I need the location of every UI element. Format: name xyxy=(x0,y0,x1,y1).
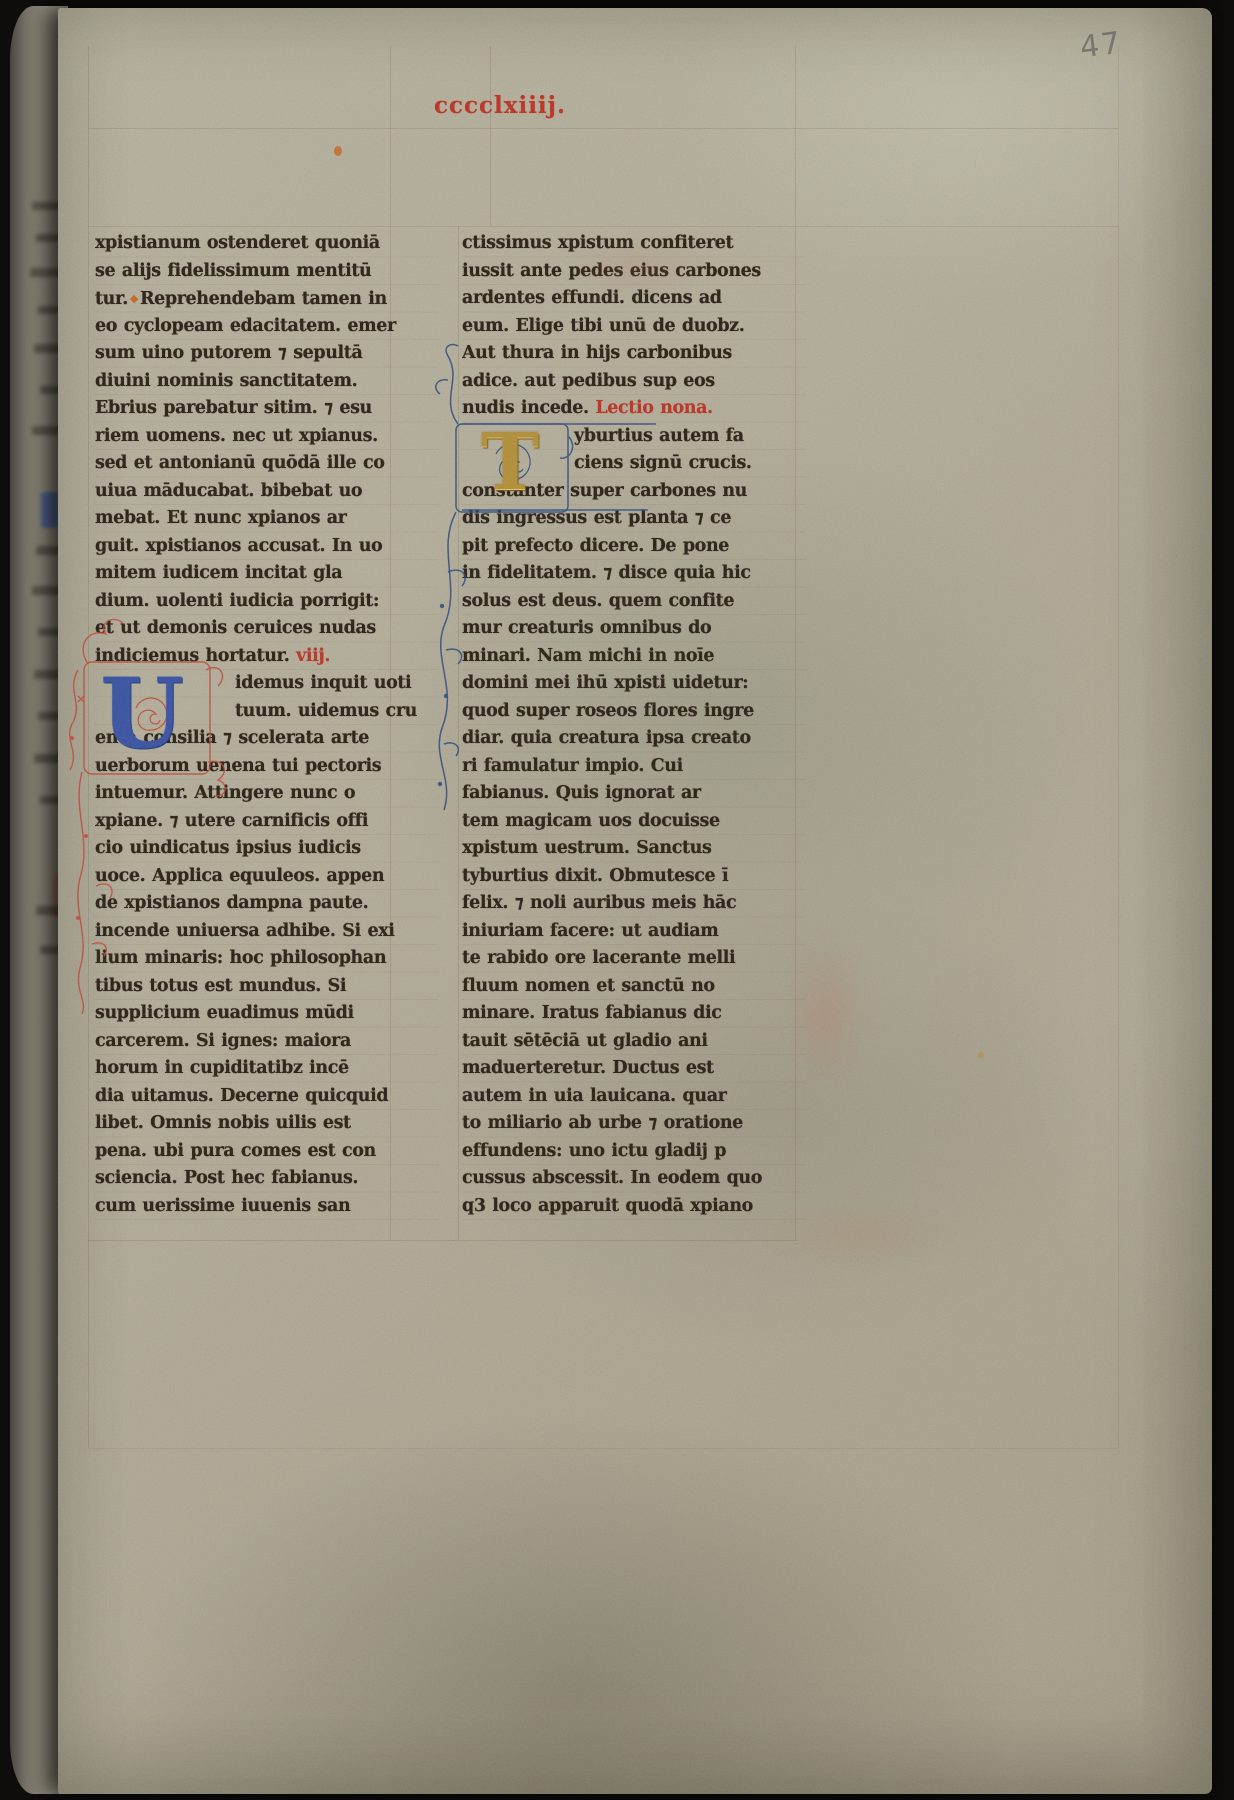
body-text: diar. quia creatura ipsa creato xyxy=(462,728,751,748)
body-text: tibus totus est mundus. Si xyxy=(95,976,346,996)
text-line: cum uerissime iuuenis san xyxy=(95,1193,439,1221)
body-text: tyburtius dixit. Obmutesce ī xyxy=(462,866,728,886)
body-text: mur creaturis omnibus do xyxy=(462,618,711,638)
body-text: Aut thura in hijs carbonibus xyxy=(462,343,732,363)
page-heading-roman-numeral: cccclxiiij. xyxy=(400,92,600,119)
body-text: tur. xyxy=(95,289,128,309)
text-line: riem uomens. nec ut xpianus. xyxy=(95,423,439,451)
text-line: diuini nominis sanctitatem. xyxy=(95,368,439,396)
body-text: se alijs fidelissimum mentitū xyxy=(95,261,371,281)
text-line: quod super roseos flores ingre xyxy=(462,698,806,726)
text-line: iussit ante pedes eius carbones xyxy=(462,258,806,286)
body-text: incende uniuersa adhibe. Si exi xyxy=(95,921,395,941)
text-line: dis ingressus est planta ⁊ ce xyxy=(462,505,806,533)
text-line: dia uitamus. Decerne quicquid xyxy=(95,1083,439,1111)
text-line: xpistianum ostenderet quoniā xyxy=(95,230,439,258)
body-text: mebat. Et nunc xpianos ar xyxy=(95,508,346,528)
text-line: diar. quia creatura ipsa creato xyxy=(462,725,806,753)
text-line: eum. Elige tibi unū de duobz. xyxy=(462,313,806,341)
body-text: sciencia. Post hec fabianus. xyxy=(95,1168,358,1188)
body-text: xpistianum ostenderet quoniā xyxy=(95,233,380,253)
ruling-line xyxy=(88,226,1118,227)
body-text: cum uerissime iuuenis san xyxy=(95,1196,350,1216)
body-text: tem magicam uos docuisse xyxy=(462,811,720,831)
text-line: ctissimus xpistum confiteret xyxy=(462,230,806,258)
text-line: xpiane. ⁊ utere carnificis offi xyxy=(95,808,439,836)
body-text: minare. Iratus fabianus dic xyxy=(462,1003,722,1023)
body-text: libet. Omnis nobis uilis est xyxy=(95,1113,351,1133)
text-line: fluum nomen et sanctū no xyxy=(462,973,806,1001)
facing-page-blue-initial xyxy=(41,492,58,528)
body-text: eo cyclopeam edacitatem. emer xyxy=(95,316,396,336)
text-line: mur creaturis omnibus do xyxy=(462,615,806,643)
ruling-line xyxy=(88,1240,798,1241)
ruling-line xyxy=(458,226,459,1240)
text-line: mitem iudicem incitat gla xyxy=(95,560,439,588)
body-text: iussit ante pedes eius carbones xyxy=(462,261,761,281)
body-text: carcerem. Si ignes: maiora xyxy=(95,1031,351,1051)
text-line: supplicium euadimus mūdi xyxy=(95,1000,439,1028)
text-line: sum uino putorem ⁊ sepultā xyxy=(95,340,439,368)
ruling-line xyxy=(88,128,1118,129)
text-line: q3 loco apparuit quodā xpiano xyxy=(462,1193,806,1221)
text-line: sciencia. Post hec fabianus. xyxy=(95,1165,439,1193)
body-text: guit. xpistianos accusat. In uo xyxy=(95,536,382,556)
text-line: carcerem. Si ignes: maiora xyxy=(95,1028,439,1056)
text-line: ri famulatur impio. Cui xyxy=(462,753,806,781)
body-text: Reprehendebam tamen in xyxy=(140,289,387,309)
body-text: tuum. uidemus cru xyxy=(235,701,417,721)
decorated-initial-T: T xyxy=(458,422,562,506)
text-line: felix. ⁊ noli auribus meis hāc xyxy=(462,890,806,918)
foxing-spot xyxy=(978,1052,984,1058)
text-line: minari. Nam michi in noīe xyxy=(462,643,806,671)
ruling-line xyxy=(490,46,491,226)
body-text: cussus abscessit. In eodem quo xyxy=(462,1168,762,1188)
body-text: pena. ubi pura comes est con xyxy=(95,1141,376,1161)
text-line: in fidelitatem. ⁊ disce quia hic xyxy=(462,560,806,588)
body-text: to miliario ab urbe ⁊ oratione xyxy=(462,1113,743,1133)
rubric-text: viij. xyxy=(296,646,330,666)
text-line: mebat. Et nunc xpianos ar xyxy=(95,505,439,533)
body-text: uiua māducabat. bibebat uo xyxy=(95,481,362,501)
text-line: to miliario ab urbe ⁊ oratione xyxy=(462,1110,806,1138)
body-text: et ut demonis ceruices nudas xyxy=(95,618,376,638)
body-text: tauit sētēciā ut gladio ani xyxy=(462,1031,708,1051)
body-text: felix. ⁊ noli auribus meis hāc xyxy=(462,893,736,913)
ink-spot: ◆ xyxy=(128,292,140,305)
rubric-text: Lectio nona. xyxy=(595,398,712,418)
text-line: incende uniuersa adhibe. Si exi xyxy=(95,918,439,946)
text-line: libet. Omnis nobis uilis est xyxy=(95,1110,439,1138)
body-text: maduerteretur. Ductus est xyxy=(462,1058,714,1078)
body-text: xpistum uestrum. Sanctus xyxy=(462,838,711,858)
body-text: uoce. Applica equuleos. appen xyxy=(95,866,384,886)
text-line: eo cyclopeam edacitatem. emer xyxy=(95,313,439,341)
text-line: iniuriam facere: ut audiam xyxy=(462,918,806,946)
text-line: fabianus. Quis ignorat ar xyxy=(462,780,806,808)
text-line: tyburtius dixit. Obmutesce ī xyxy=(462,863,806,891)
body-text: te rabido ore lacerante melli xyxy=(462,948,735,968)
body-text: pit prefecto dicere. De pone xyxy=(462,536,729,556)
text-line: pit prefecto dicere. De pone xyxy=(462,533,806,561)
body-text: solus est deus. quem confite xyxy=(462,591,734,611)
body-text: domini mei ihū xpisti uidetur: xyxy=(462,673,748,693)
text-line: effundens: uno ictu gladij p xyxy=(462,1138,806,1166)
body-text: iniuriam facere: ut audiam xyxy=(462,921,718,941)
text-line: tauit sētēciā ut gladio ani xyxy=(462,1028,806,1056)
manuscript-leaf: cccclxiiij. 47 xpistianum ostenderet quo… xyxy=(58,8,1212,1794)
text-line: ardentes effundi. dicens ad xyxy=(462,285,806,313)
text-line: pena. ubi pura comes est con xyxy=(95,1138,439,1166)
ruling-line xyxy=(88,1448,1118,1449)
body-text: adice. aut pedibus sup eos xyxy=(462,371,715,391)
body-text: lium minaris: hoc philosophan xyxy=(95,948,386,968)
text-line: domini mei ihū xpisti uidetur: xyxy=(462,670,806,698)
manuscript-photo: { "page": { "heading": "cccclxiiij.", "f… xyxy=(0,0,1234,1800)
body-text: ardentes effundi. dicens ad xyxy=(462,288,722,308)
body-text: ciens signū crucis. xyxy=(574,453,752,473)
body-text: xpiane. ⁊ utere carnificis offi xyxy=(95,811,368,831)
text-line: tibus totus est mundus. Si xyxy=(95,973,439,1001)
body-text: in fidelitatem. ⁊ disce quia hic xyxy=(462,563,751,583)
text-line: tur.◆Reprehendebam tamen in xyxy=(95,285,439,313)
body-text: sum uino putorem ⁊ sepultā xyxy=(95,343,362,363)
body-text: riem uomens. nec ut xpianus. xyxy=(95,426,378,446)
body-text: eum. Elige tibi unū de duobz. xyxy=(462,316,744,336)
text-line: maduerteretur. Ductus est xyxy=(462,1055,806,1083)
body-text: nudis incede. xyxy=(462,398,595,418)
body-text: mitem iudicem incitat gla xyxy=(95,563,342,583)
body-text: sed et antonianū quōdā ille co xyxy=(95,453,385,473)
ruling-line xyxy=(1118,46,1119,1448)
body-text: quod super roseos flores ingre xyxy=(462,701,754,721)
body-text: dium. uolenti iudicia porrigit: xyxy=(95,591,379,611)
body-text: cio uindicatus ipsius iudicis xyxy=(95,838,361,858)
text-line: guit. xpistianos accusat. In uo xyxy=(95,533,439,561)
text-line: minare. Iratus fabianus dic xyxy=(462,1000,806,1028)
text-line: horum in cupiditatibz incē xyxy=(95,1055,439,1083)
body-text: de xpistianos dampna paute. xyxy=(95,893,368,913)
text-line: de xpistianos dampna paute. xyxy=(95,890,439,918)
body-text: fluum nomen et sanctū no xyxy=(462,976,715,996)
body-text: idemus inquit uoti xyxy=(235,673,411,693)
body-text: supplicium euadimus mūdi xyxy=(95,1003,354,1023)
text-line: uoce. Applica equuleos. appen xyxy=(95,863,439,891)
body-text: fabianus. Quis ignorat ar xyxy=(462,783,701,803)
body-text: dia uitamus. Decerne quicquid xyxy=(95,1086,388,1106)
text-line: intuemur. Attingere nunc o xyxy=(95,780,439,808)
text-line: et ut demonis ceruices nudas xyxy=(95,615,439,643)
text-line: adice. aut pedibus sup eos xyxy=(462,368,806,396)
text-line: lium minaris: hoc philosophan xyxy=(95,945,439,973)
body-text: minari. Nam michi in noīe xyxy=(462,646,714,666)
body-text: diuini nominis sanctitatem. xyxy=(95,371,357,391)
body-text: autem in uia lauicana. quar xyxy=(462,1086,726,1106)
body-text: horum in cupiditatibz incē xyxy=(95,1058,349,1078)
text-line: te rabido ore lacerante melli xyxy=(462,945,806,973)
text-line: Ebrius parebatur sitim. ⁊ esu xyxy=(95,395,439,423)
text-line: cussus abscessit. In eodem quo xyxy=(462,1165,806,1193)
text-line: uiua māducabat. bibebat uo xyxy=(95,478,439,506)
text-line: tem magicam uos docuisse xyxy=(462,808,806,836)
body-text: yburtius autem fa xyxy=(574,426,744,446)
body-text: dis ingressus est planta ⁊ ce xyxy=(462,508,731,528)
body-text: Ebrius parebatur sitim. ⁊ esu xyxy=(95,398,372,418)
body-text: effundens: uno ictu gladij p xyxy=(462,1141,726,1161)
foxing-spot xyxy=(334,146,342,156)
text-line: cio uindicatus ipsius iudicis xyxy=(95,835,439,863)
text-line: sed et antonianū quōdā ille co xyxy=(95,450,439,478)
text-line: dium. uolenti iudicia porrigit: xyxy=(95,588,439,616)
body-text: ri famulatur impio. Cui xyxy=(462,756,683,776)
body-text: ctissimus xpistum confiteret xyxy=(462,233,733,253)
body-text: intuemur. Attingere nunc o xyxy=(95,783,355,803)
text-line: xpistum uestrum. Sanctus xyxy=(462,835,806,863)
body-text: q3 loco apparuit quodā xpiano xyxy=(462,1196,753,1216)
pencil-folio-number: 47 xyxy=(1078,26,1124,66)
text-line: se alijs fidelissimum mentitū xyxy=(95,258,439,286)
text-column-right: ctissimus xpistum confiteretiussit ante … xyxy=(462,230,806,1220)
text-line: solus est deus. quem confite xyxy=(462,588,806,616)
text-line: Aut thura in hijs carbonibus xyxy=(462,340,806,368)
decorated-initial-U: U xyxy=(76,664,208,774)
text-line: autem in uia lauicana. quar xyxy=(462,1083,806,1111)
